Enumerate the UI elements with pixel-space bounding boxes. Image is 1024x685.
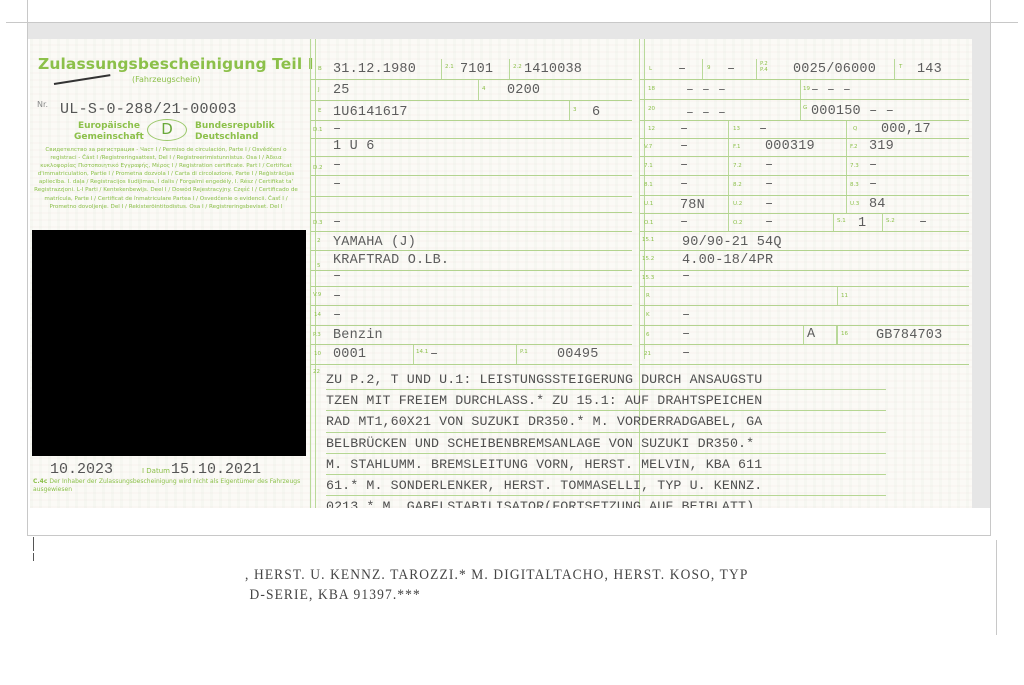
field-2: YAMAHA (J) xyxy=(333,235,416,250)
remark-line: 0213.* M. GABELSTABILISATOR(FORTSETZUNG … xyxy=(326,496,886,508)
label-15-2: 15.2 xyxy=(642,256,654,262)
row-o: O.1 – O.2 – S.1 1 S.2 – xyxy=(640,214,969,232)
field-q: 000,17 xyxy=(881,122,931,137)
label-d1: D.1 xyxy=(313,127,322,133)
row-21: 21 – xyxy=(640,345,969,365)
nr-label: Nr. xyxy=(37,100,48,109)
text-cursor xyxy=(33,537,34,551)
label-u2: U.2 xyxy=(733,201,742,207)
label-e: E xyxy=(318,108,321,114)
field-l: – xyxy=(678,62,686,77)
cell-g: G 000150 – – xyxy=(800,100,801,120)
field-7-2: – xyxy=(765,158,773,173)
field-u3: 84 xyxy=(869,197,886,212)
label-b: B xyxy=(318,66,322,72)
row-u: U.1 78N U.2 – U.3 84 xyxy=(640,196,969,214)
label-20: 20 xyxy=(648,106,655,112)
label-2: 2 xyxy=(317,238,321,244)
eu-label: Europäische Gemeinschaft xyxy=(74,121,144,143)
label-8-1: 8.1 xyxy=(644,182,653,188)
cell-7-3: 7.3 – xyxy=(846,157,847,175)
remarks-field-22: ZU P.2, T UND U.1: LEISTUNGSSTEIGERUNG D… xyxy=(326,369,886,508)
label-p3: P.3 xyxy=(313,332,321,338)
label-q: Q xyxy=(853,126,857,132)
label-u3: U.3 xyxy=(850,201,859,207)
field-18: – – – xyxy=(686,82,726,97)
label-o2: O.2 xyxy=(733,220,742,226)
field-d3: – xyxy=(333,215,341,230)
page2-right-border xyxy=(996,540,997,635)
row-d2-4 xyxy=(311,197,632,213)
country-code-oval: D xyxy=(147,119,187,141)
field-5-line2: – xyxy=(333,269,341,284)
inspection-due-date: 10.2023 xyxy=(50,461,113,478)
row-5-1: 5 KRAFTRAD O.LB. xyxy=(311,251,632,271)
field-v7: – xyxy=(680,139,688,154)
row-6: 6 – A 16 GB784703 xyxy=(640,326,969,345)
label-14-1: 14.1 xyxy=(416,349,428,355)
cell-9: 9 – xyxy=(702,59,703,79)
cell-3: 3 6 xyxy=(569,101,570,120)
label-u1: U.1 xyxy=(644,201,653,207)
cell-8-2: 8.2 – xyxy=(728,176,729,195)
field-9: – xyxy=(727,62,735,77)
row-l: L – 9 – P.2P.4 0025/06000 T 143 xyxy=(640,59,969,80)
cell-u3: U.3 84 xyxy=(846,196,847,213)
field-10: 0001 xyxy=(333,347,366,362)
field-14: – xyxy=(333,308,341,323)
cell-2-2: 2.2 1410038 xyxy=(509,59,510,79)
row-e: E 1U6141617 3 6 xyxy=(311,101,632,121)
label-d2: D.2 xyxy=(313,165,322,171)
cell-16: 16 GB784703 xyxy=(837,326,838,344)
field-6: – xyxy=(682,327,690,342)
row-10: 10 0001 14.1 – P.1 00495 xyxy=(311,345,632,365)
label-f1: F.1 xyxy=(733,144,741,150)
remark-line: M. STAHLUMM. BREMSLEITUNG VORN, HERST. M… xyxy=(326,454,886,475)
field-p3: Benzin xyxy=(333,328,383,343)
label-2-2: 2.2 xyxy=(513,64,522,70)
label-t: T xyxy=(899,64,902,70)
label-k: K xyxy=(646,312,650,318)
label-f2: F.2 xyxy=(850,144,858,150)
field-t: 143 xyxy=(917,62,942,77)
certificate-subtitle: (Fahrzeugschein) xyxy=(132,75,201,84)
image-frame-top xyxy=(28,23,990,39)
label-15-3: 15.3 xyxy=(642,275,654,281)
field-j: 25 xyxy=(333,83,350,98)
field-b: 31.12.1980 xyxy=(333,62,416,77)
label-12: 12 xyxy=(648,126,655,132)
country-label: Bundesrepublik Deutschland xyxy=(195,121,275,143)
field-21: – xyxy=(682,346,690,361)
field-7-1: – xyxy=(680,158,688,173)
field-d1: – xyxy=(333,122,341,137)
multilingual-title-text: Свидетелство за регистрация - Част I / P… xyxy=(32,146,300,211)
field-15-3: – xyxy=(682,269,690,284)
row-d1: D.1 – xyxy=(311,121,632,139)
field-o2: – xyxy=(765,215,773,230)
field-v9: – xyxy=(333,289,341,304)
continuation-text[interactable]: , HERST. U. KENNZ. TAROZZI.* M. DIGITALT… xyxy=(245,565,748,605)
certificate-header-panel: Zulassungsbescheinigung Teil I (Fahrzeug… xyxy=(30,39,306,508)
cell-t: T 143 xyxy=(894,59,895,79)
row-d2-1: 1 U 6 xyxy=(311,139,632,157)
field-k: – xyxy=(682,308,690,323)
pen-mark xyxy=(54,74,111,85)
page-left-border xyxy=(27,0,28,536)
field-7-3: – xyxy=(869,158,877,173)
row-2: 2 YAMAHA (J) xyxy=(311,232,632,251)
cell-p2-p4: P.2P.4 0025/06000 xyxy=(756,59,757,79)
cell-f2: F.2 319 xyxy=(846,139,847,156)
remark-line: TZEN MIT FREIEM DURCHLASS.* ZU 15.1: AUF… xyxy=(326,390,886,411)
cell-11: 11 xyxy=(837,287,838,305)
row-8: 8.1 – 8.2 – 8.3 – xyxy=(640,176,969,196)
label-13: 13 xyxy=(733,126,740,132)
cell-14-1: 14.1 – xyxy=(413,345,414,364)
label-s1: S.1 xyxy=(837,218,846,224)
redacted-owner-block xyxy=(32,230,306,456)
remark-line: RAD MT1,60X21 VON SUZUKI DR350.* M. VORD… xyxy=(326,411,886,432)
label-3: 3 xyxy=(573,107,577,113)
label-d3: D.3 xyxy=(313,220,322,226)
row-7: 7.1 – 7.2 – 7.3 – xyxy=(640,157,969,176)
label-j: J xyxy=(318,87,320,93)
label-21: 21 xyxy=(644,351,651,357)
page-bottom-border xyxy=(27,535,991,536)
field-u1: 78N xyxy=(680,198,705,213)
remark-line: BELBRÜCKEN UND SCHEIBENBREMSANLAGE VON S… xyxy=(326,433,886,454)
cell-4: 4 0200 xyxy=(478,80,479,100)
remark-line: 61.* M. SONDERLENKER, HERST. TOMMASELLI,… xyxy=(326,475,886,496)
row-14: 14 – xyxy=(311,306,632,326)
row-d2-2: D.2 – xyxy=(311,157,632,176)
label-p1: P.1 xyxy=(520,349,528,355)
field-8-1: – xyxy=(680,177,688,192)
cell-13: 13 – xyxy=(728,121,729,138)
field-15-1: 90/90-21 54Q xyxy=(682,235,782,250)
field-3: 6 xyxy=(592,105,600,120)
field-2-2: 1410038 xyxy=(524,62,582,77)
cell-f1: F.1 000319 xyxy=(728,139,729,156)
field-e: 1U6141617 xyxy=(333,105,408,120)
row-5-2: – xyxy=(311,271,632,287)
label-g: G xyxy=(803,105,807,111)
label-v9: V.9 xyxy=(313,292,321,298)
row-15-3: 15.3 – xyxy=(640,271,969,287)
cell-s1: S.1 1 xyxy=(833,214,834,231)
page-right-border xyxy=(990,0,991,536)
image-frame-right xyxy=(972,39,990,508)
field-16: GB784703 xyxy=(876,328,942,343)
field-a: A xyxy=(807,327,815,342)
registration-certificate-scan[interactable]: Zulassungsbescheinigung Teil I (Fahrzeug… xyxy=(30,39,972,508)
remark-line: ZU P.2, T UND U.1: LEISTUNGSSTEIGERUNG D… xyxy=(326,369,886,390)
field-s2: – xyxy=(919,215,927,230)
field-o1: – xyxy=(680,215,688,230)
field-14-1: – xyxy=(430,347,438,362)
label-r: R xyxy=(646,293,650,299)
row-v9: V.9 – xyxy=(311,287,632,306)
row-20: 20 – – – G 000150 – – xyxy=(640,100,969,121)
row-k: K – xyxy=(640,306,969,326)
label-5: 5 xyxy=(317,263,321,269)
cell-p1: P.1 00495 xyxy=(516,345,517,364)
text-cursor-tail xyxy=(33,553,34,561)
certificate-number: UL-S-0-288/21-00003 xyxy=(60,101,237,118)
row-b: B 31.12.1980 2.1 7101 2.2 1410038 xyxy=(311,59,632,80)
field-13: – xyxy=(759,122,767,137)
label-10: 10 xyxy=(314,351,321,357)
cell-2-1: 2.1 7101 xyxy=(441,59,442,79)
cell-19: 19 – – – xyxy=(800,80,801,99)
label-18: 18 xyxy=(648,86,655,92)
label-7-1: 7.1 xyxy=(644,163,653,169)
label-8-3: 8.3 xyxy=(850,182,859,188)
field-5-line1: KRAFTRAD O.LB. xyxy=(333,253,449,268)
field-u2: – xyxy=(765,197,773,212)
label-22: 22 xyxy=(313,369,320,375)
row-j: J 25 4 0200 xyxy=(311,80,632,101)
field-p2-p4: 0025/06000 xyxy=(793,62,876,77)
label-2-1: 2.1 xyxy=(445,64,454,70)
field-d2-line1: 1 U 6 xyxy=(333,139,375,154)
field-20: – – – xyxy=(686,105,726,120)
label-o1: O.1 xyxy=(644,220,653,226)
label-16: 16 xyxy=(841,331,848,337)
field-2-1: 7101 xyxy=(460,62,493,77)
label-6: 6 xyxy=(646,332,650,338)
label-19: 19 xyxy=(803,86,810,92)
cell-u2: U.2 – xyxy=(728,196,729,213)
field-19: – – – xyxy=(811,82,851,97)
issue-date-label: I Datum xyxy=(142,467,170,475)
cell-s2: S.2 – xyxy=(882,214,883,231)
row-12: 12 – 13 – Q 000,17 xyxy=(640,121,969,139)
field-8-3: – xyxy=(869,177,877,192)
cell-o2: O.2 – xyxy=(728,214,729,231)
label-p2-p4: P.2P.4 xyxy=(760,61,768,73)
field-15-2: 4.00-18/4PR xyxy=(682,253,773,268)
cell-a: A xyxy=(803,326,837,344)
field-f1: 000319 xyxy=(765,139,815,154)
row-v7: V.7 – F.1 000319 F.2 319 xyxy=(640,139,969,157)
cell-7-2: 7.2 – xyxy=(728,157,729,175)
c4c-text: Der Inhaber der Zulassungsbescheinigung … xyxy=(33,478,300,493)
label-4: 4 xyxy=(482,86,486,92)
field-s1: 1 xyxy=(858,216,866,231)
field-d2-line3: – xyxy=(333,177,341,192)
certificate-title: Zulassungsbescheinigung Teil I xyxy=(38,55,314,73)
field-p1: 00495 xyxy=(557,347,599,362)
label-l: L xyxy=(649,66,652,72)
label-7-3: 7.3 xyxy=(850,163,859,169)
label-s2: S.2 xyxy=(886,218,895,224)
issue-date: 15.10.2021 xyxy=(171,461,261,478)
label-8-2: 8.2 xyxy=(733,182,742,188)
field-g: 000150 – – xyxy=(811,104,894,119)
ownership-disclaimer: C.4c Der Inhaber der Zulassungsbescheini… xyxy=(33,478,303,494)
cell-q: Q 000,17 xyxy=(846,121,847,138)
row-r: R 11 xyxy=(640,287,969,306)
cell-8-3: 8.3 – xyxy=(846,176,847,195)
field-8-2: – xyxy=(765,177,773,192)
label-7-2: 7.2 xyxy=(733,163,742,169)
label-11: 11 xyxy=(841,293,848,299)
label-9: 9 xyxy=(707,65,711,71)
c4c-code: C.4c xyxy=(33,478,47,485)
field-d2-line2: – xyxy=(333,158,341,173)
row-d2-3: – xyxy=(311,176,632,197)
label-v7: V.7 xyxy=(644,144,652,150)
row-15-2: 15.2 4.00-18/4PR xyxy=(640,251,969,271)
row-18: 18 – – – 19 – – – xyxy=(640,80,969,100)
field-f2: 319 xyxy=(869,139,894,154)
row-d3: D.3 – xyxy=(311,213,632,232)
row-15-1: 15.1 90/90-21 54Q xyxy=(640,232,969,251)
field-12: – xyxy=(680,122,688,137)
label-14: 14 xyxy=(314,312,321,318)
label-15-1: 15.1 xyxy=(642,237,654,243)
field-4: 0200 xyxy=(507,83,540,98)
row-p3: P.3 Benzin xyxy=(311,326,632,345)
